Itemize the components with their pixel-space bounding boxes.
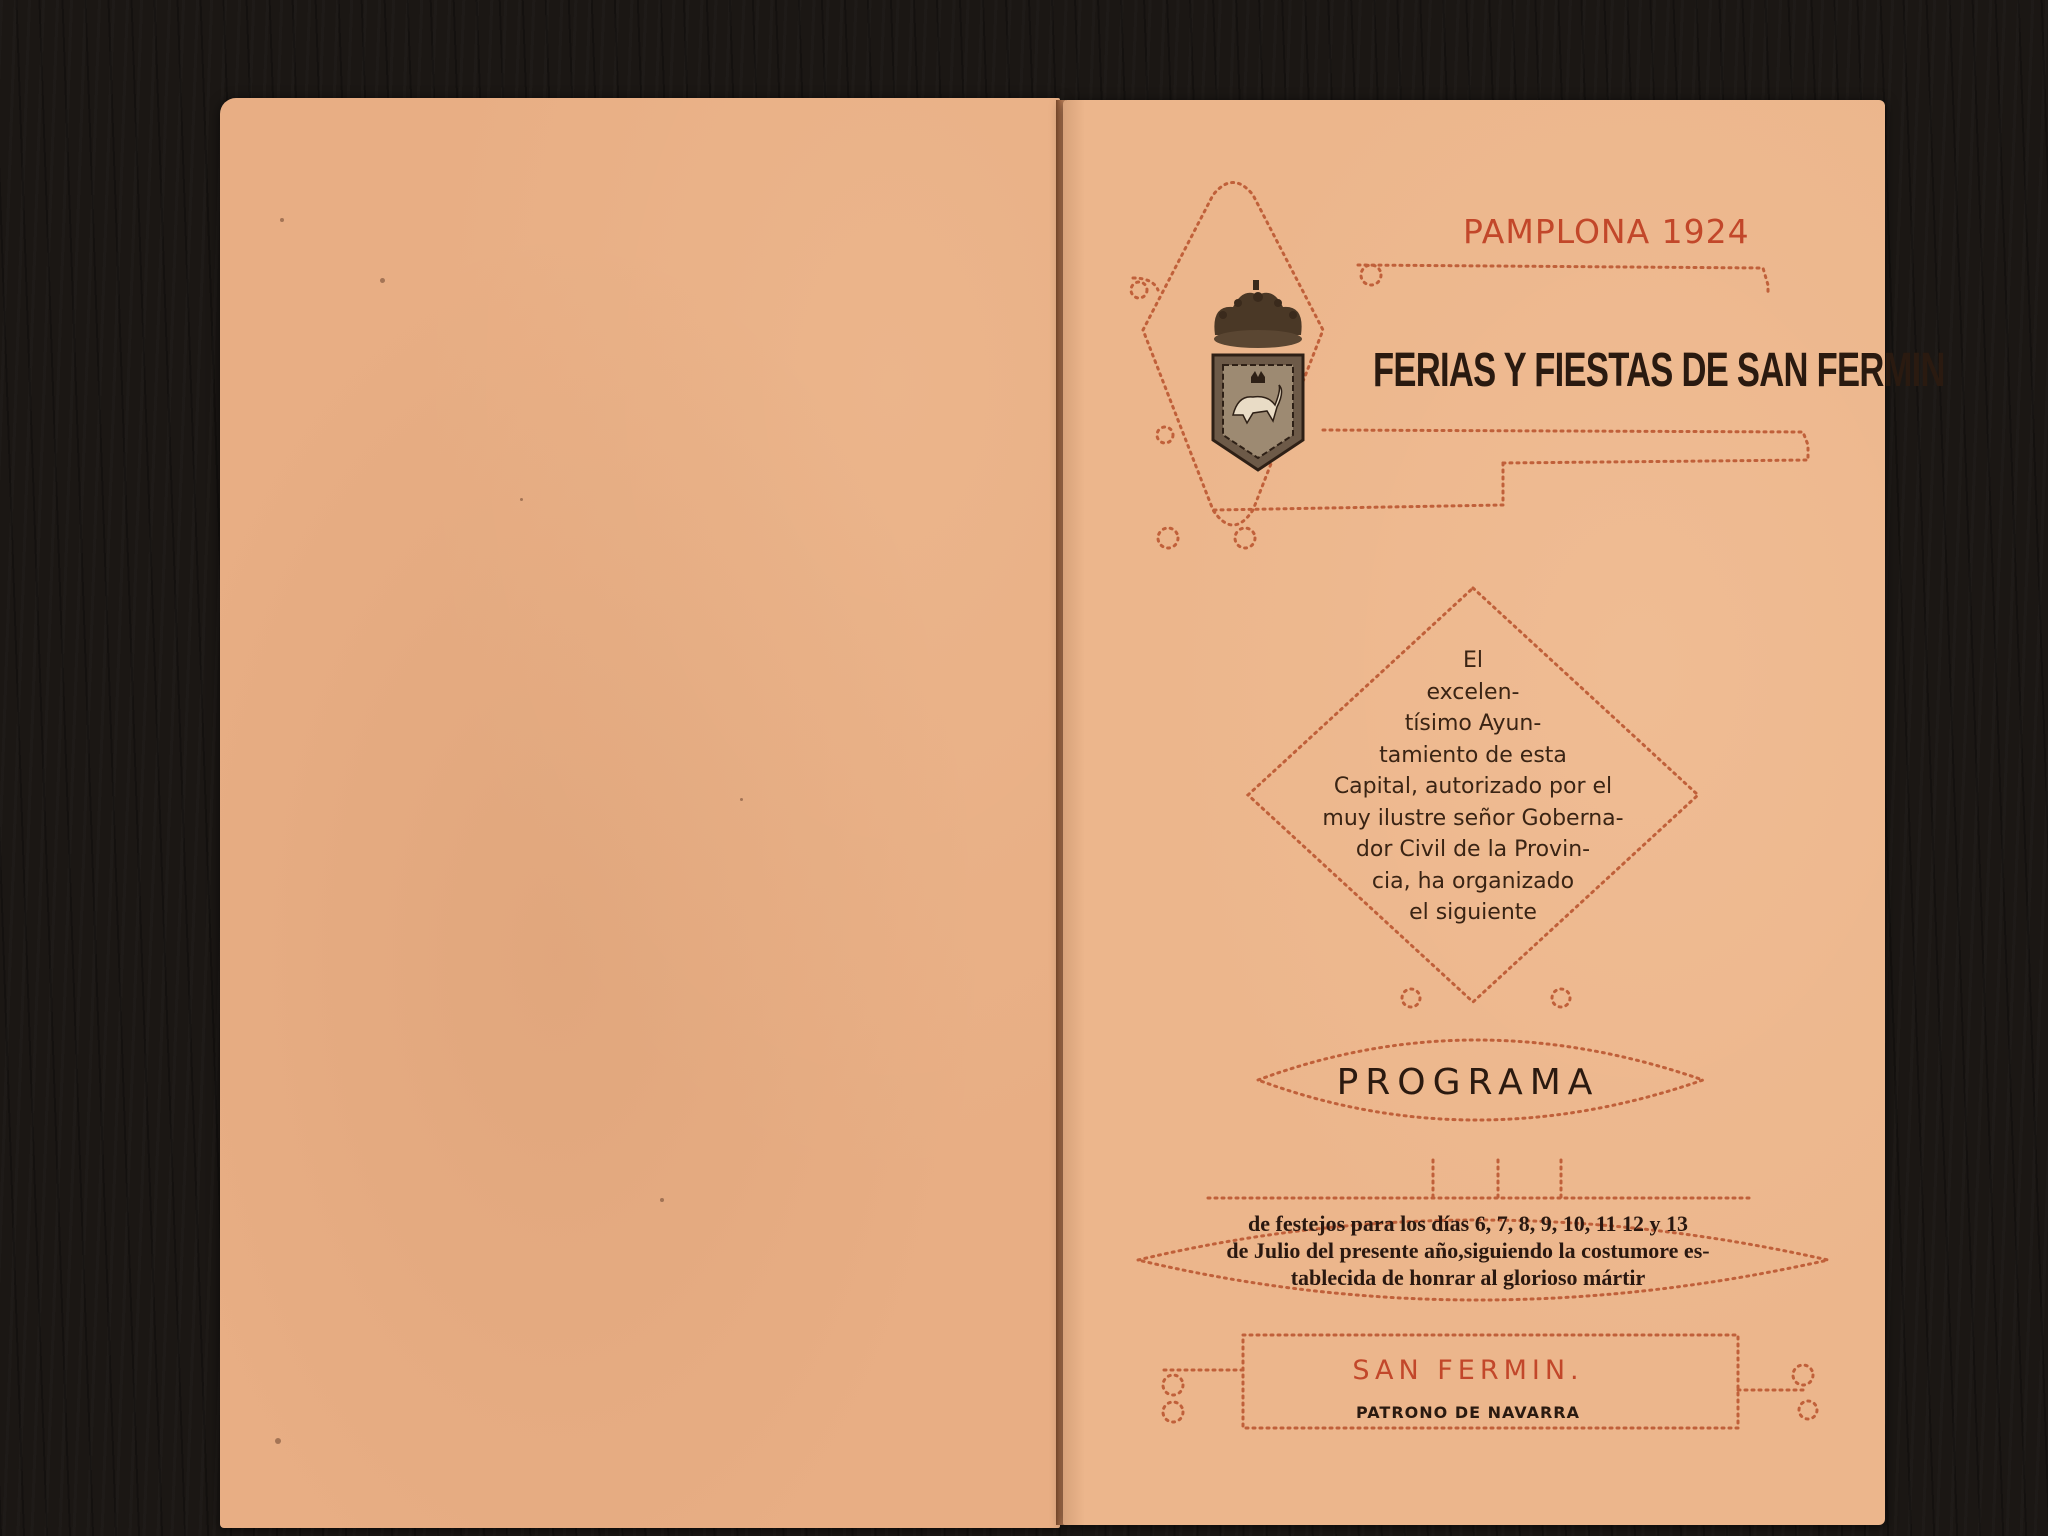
festejos-line: de Julio del presente año,siguiendo la c…	[1183, 1237, 1753, 1264]
paper-speck	[520, 498, 523, 501]
programa-heading: PROGRAMA	[1303, 1062, 1633, 1103]
paper-speck	[280, 218, 284, 222]
festejos-line: tablecida de honrar al glorioso mártir	[1183, 1264, 1753, 1291]
intro-paragraph: El excelen- tísimo Ayun- tamiento de est…	[1288, 645, 1658, 929]
page-title: FERIAS Y FIESTAS DE SAN FERMIN	[1373, 343, 1733, 398]
paper-speck	[660, 1198, 664, 1202]
paper-speck	[380, 278, 385, 283]
intro-line: Capital, autorizado por el	[1288, 771, 1658, 803]
left-page-blank	[220, 98, 1060, 1528]
intro-line: muy ilustre señor Goberna-	[1288, 803, 1658, 835]
festejos-paragraph: de festejos para los días 6, 7, 8, 9, 10…	[1183, 1210, 1753, 1291]
intro-line: excelen-	[1288, 677, 1658, 709]
header-city-year: PAMPLONA 1924	[1463, 212, 1823, 251]
paper-speck	[275, 1438, 281, 1444]
right-page-cover: PAMPLONA 1924 FERIAS Y FIESTAS DE SAN FE…	[1063, 100, 1885, 1525]
intro-line: tamiento de esta	[1288, 740, 1658, 772]
navarra-coat-of-arms-icon	[1203, 265, 1313, 475]
intro-line: cia, ha organizado	[1288, 866, 1658, 898]
festejos-line: de festejos para los días 6, 7, 8, 9, 10…	[1183, 1210, 1753, 1237]
intro-line: el siguiente	[1288, 897, 1658, 929]
intro-line: El	[1288, 645, 1658, 677]
intro-line: dor Civil de la Provin-	[1288, 834, 1658, 866]
intro-line: tísimo Ayun-	[1288, 708, 1658, 740]
saint-subtitle: PATRONO DE NAVARRA	[1303, 1403, 1633, 1422]
paper-speck	[740, 798, 743, 801]
saint-name: SAN FERMIN.	[1303, 1355, 1633, 1386]
